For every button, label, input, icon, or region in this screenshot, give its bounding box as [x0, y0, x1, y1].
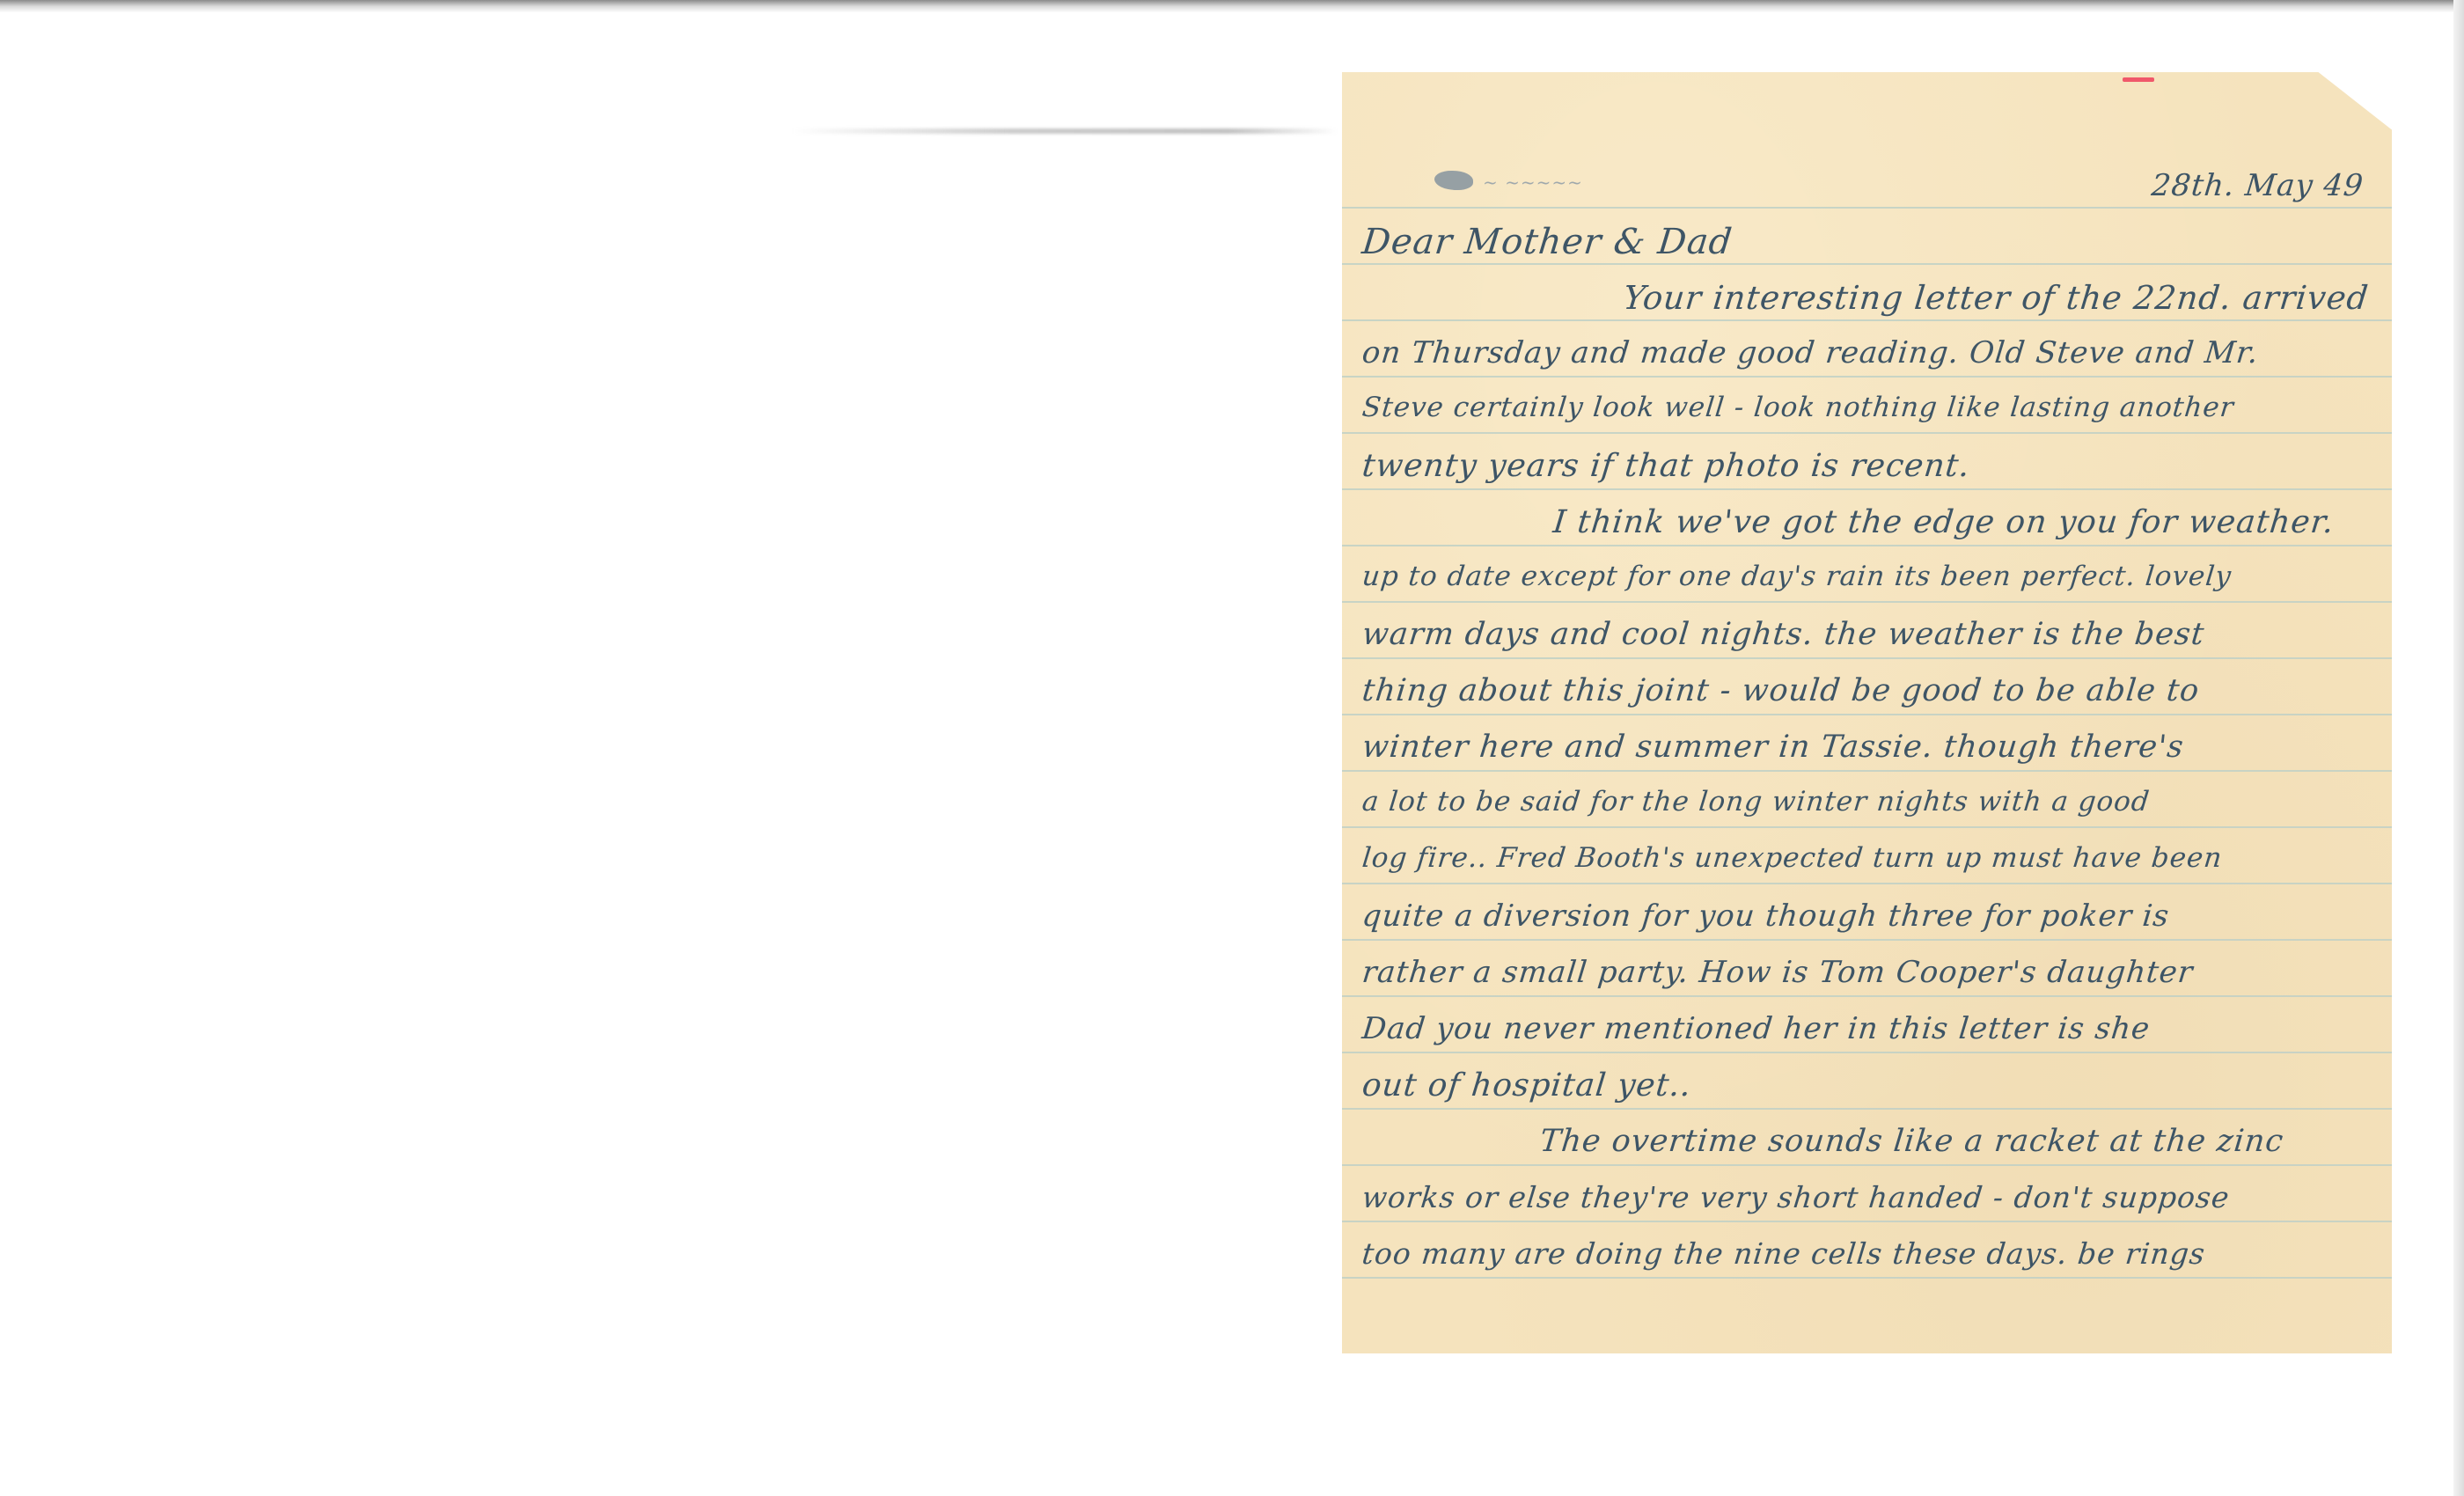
letter-line: works or else they're very short handed …: [1360, 1183, 2231, 1212]
ruled-line: [1342, 488, 2392, 490]
letter-line: twenty years if that photo is recent.: [1360, 451, 1971, 482]
ruled-line: [1342, 1052, 2392, 1053]
letter-line: winter here and summer in Tassie. though…: [1360, 732, 2185, 763]
letter-line: The overtime sounds like a racket at the…: [1538, 1126, 2285, 1157]
ruled-line: [1342, 263, 2392, 265]
letter-date: 28th. May 49: [2150, 171, 2365, 201]
ruled-line: [1342, 714, 2392, 715]
ruled-line: [1342, 1108, 2392, 1110]
ruled-line: [1342, 319, 2392, 321]
letter-line: on Thursday and made good reading. Old S…: [1360, 338, 2260, 368]
letter-line: quite a diversion for you though three f…: [1360, 901, 2171, 931]
letter-line: Dad you never mentioned her in this lett…: [1360, 1014, 2152, 1044]
ruled-line: [1342, 1221, 2392, 1222]
letter-line: thing about this joint - would be good t…: [1360, 676, 2201, 707]
ruled-line: [1342, 995, 2392, 997]
scanner-top-edge: [0, 0, 2464, 12]
letter-line: I think we've got the edge on you for we…: [1551, 507, 2336, 539]
letter-line: too many are doing the nine cells these …: [1360, 1239, 2206, 1268]
ruled-line: [1342, 826, 2392, 828]
ruled-line: [1342, 432, 2392, 434]
letter-line: Steve certainly look well - look nothing…: [1360, 394, 2235, 422]
scanner-smudge: [792, 128, 1338, 134]
ruled-line: [1342, 601, 2392, 603]
letter-line: Your interesting letter of the 22nd. arr…: [1622, 282, 2370, 314]
letter-line: a lot to be said for the long winter nig…: [1360, 788, 2151, 816]
ruled-line: [1342, 883, 2392, 884]
letter-line: warm days and cool nights. the weather i…: [1360, 620, 2206, 650]
ruled-line: [1342, 1277, 2392, 1279]
letter-line: log fire.. Fred Booth's unexpected turn …: [1360, 845, 2224, 872]
header-smudge: ~ ~~~~~: [1483, 172, 1583, 193]
letter-salutation: Dear Mother & Dad: [1360, 224, 1734, 260]
ruled-line: [1342, 376, 2392, 378]
letter-line: up to date except for one day's rain its…: [1360, 563, 2233, 590]
ruled-line: [1342, 770, 2392, 772]
scanner-right-edge: [2453, 0, 2464, 1496]
ruled-line: [1342, 939, 2392, 941]
ruled-line: [1342, 1164, 2392, 1166]
ruled-line: [1342, 545, 2392, 546]
ruled-line: [1342, 207, 2392, 209]
letter-line: rather a small party. How is Tom Cooper'…: [1360, 957, 2195, 987]
ruled-line: [1342, 657, 2392, 659]
red-tab-mark: [2123, 77, 2154, 82]
letter-line: out of hospital yet..: [1360, 1070, 1693, 1102]
